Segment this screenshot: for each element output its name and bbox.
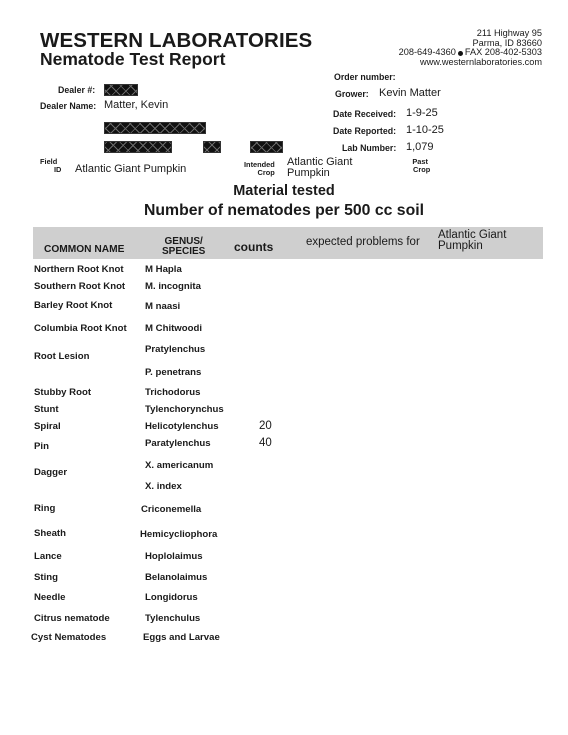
genus-cell: Helicotylenchus <box>145 421 219 432</box>
genus-cell: Eggs and Larvae <box>143 632 220 643</box>
col-header-common-name: COMMON NAME <box>44 244 124 255</box>
date-received-value: 1-9-25 <box>406 107 438 119</box>
genus-cell: M. incognita <box>145 281 201 292</box>
genus-cell: Tylenchorynchus <box>145 404 224 415</box>
dealer-name-label: Dealer Name: <box>40 101 96 111</box>
common-name-cell: Barley Root Knot <box>34 300 112 311</box>
col-header-genus: GENUS/ SPECIES <box>162 237 205 257</box>
field-id-label: Field ID <box>40 158 61 174</box>
common-name-cell: Dagger <box>34 467 67 478</box>
phone: 208-649-4360 <box>399 47 456 57</box>
dealer-state-redacted <box>203 141 221 153</box>
dealer-number-redacted <box>104 84 138 96</box>
material-tested-heading: Material tested <box>0 183 568 199</box>
intended-crop-value: Atlantic Giant Pumpkin <box>287 157 352 179</box>
common-name-cell: Lance <box>34 551 62 562</box>
genus-cell: Trichodorus <box>145 387 200 398</box>
bullet-icon <box>458 51 463 56</box>
dealer-name-value: Matter, Kevin <box>104 99 168 111</box>
common-name-cell: Root Lesion <box>34 351 89 362</box>
website-link[interactable]: www.westernlaboratories.com <box>399 58 542 68</box>
count-cell: 20 <box>259 420 272 432</box>
date-reported-label: Date Reported: <box>333 126 396 136</box>
crop-header-line2: Pumpkin <box>438 241 506 252</box>
common-name-cell: Northern Root Knot <box>34 264 124 275</box>
genus-cell: Tylenchulus <box>145 613 200 624</box>
genus-cell: Paratylenchus <box>145 438 211 449</box>
genus-cell: Criconemella <box>141 504 201 515</box>
lab-address: 211 Highway 95 Parma, ID 83660 208-649-4… <box>399 29 542 67</box>
genus-cell: Pratylenchus <box>145 344 205 355</box>
genus-cell: Longidorus <box>145 592 198 603</box>
dealer-city-redacted <box>104 141 172 153</box>
grower-label: Grower: <box>335 89 369 99</box>
genus-cell: Hemicycliophora <box>140 529 217 540</box>
genus-cell: M naasi <box>145 301 180 312</box>
fax: FAX 208-402-5303 <box>465 47 542 57</box>
lab-number-value: 1,079 <box>406 141 434 153</box>
intended-label-line2: Crop <box>244 169 275 177</box>
common-name-cell: Pin <box>34 441 49 452</box>
grower-value: Kevin Matter <box>379 87 441 99</box>
genus-cell: Belanolaimus <box>145 572 207 583</box>
genus-cell: X. americanum <box>145 460 213 471</box>
common-name-cell: Columbia Root Knot <box>34 323 127 334</box>
report-title: Nematode Test Report <box>40 49 225 70</box>
common-name-cell: Cyst Nematodes <box>31 632 106 643</box>
common-name-cell: Sheath <box>34 528 66 539</box>
date-reported-value: 1-10-25 <box>406 124 444 136</box>
dealer-zip-redacted <box>250 141 283 153</box>
genus-header-line2: SPECIES <box>162 247 205 257</box>
lab-number-label: Lab Number: <box>342 143 396 153</box>
common-name-cell: Southern Root Knot <box>34 281 125 292</box>
col-header-crop: Atlantic Giant Pumpkin <box>438 230 506 252</box>
intended-value-line2: Pumpkin <box>287 168 352 179</box>
common-name-cell: Stubby Root <box>34 387 91 398</box>
common-name-cell: Citrus nematode <box>34 613 110 624</box>
genus-cell: P. penetrans <box>145 367 201 378</box>
common-name-cell: Stunt <box>34 404 59 415</box>
common-name-cell: Spiral <box>34 421 61 432</box>
field-id-value: Atlantic Giant Pumpkin <box>75 163 186 175</box>
common-name-cell: Ring <box>34 503 55 514</box>
common-name-cell: Sting <box>34 572 58 583</box>
common-name-cell: Needle <box>34 592 65 603</box>
past-label-line2: Crop <box>410 166 430 174</box>
date-received-label: Date Received: <box>333 109 396 119</box>
dealer-address-redacted <box>104 122 206 134</box>
past-crop-label: Past Crop <box>410 158 430 174</box>
units-heading: Number of nematodes per 500 cc soil <box>0 202 568 220</box>
order-number-label: Order number: <box>334 72 396 82</box>
genus-cell: M Hapla <box>145 264 182 275</box>
genus-cell: M Chitwoodi <box>145 323 202 334</box>
col-header-counts: counts <box>234 240 273 254</box>
genus-cell: Hoplolaimus <box>145 551 203 562</box>
count-cell: 40 <box>259 437 272 449</box>
dealer-number-label: Dealer #: <box>58 85 95 95</box>
col-header-expected: expected problems for <box>306 236 420 248</box>
intended-crop-label: Intended Crop <box>244 161 275 177</box>
field-label-line2: ID <box>40 166 61 174</box>
genus-cell: X. index <box>145 481 182 492</box>
